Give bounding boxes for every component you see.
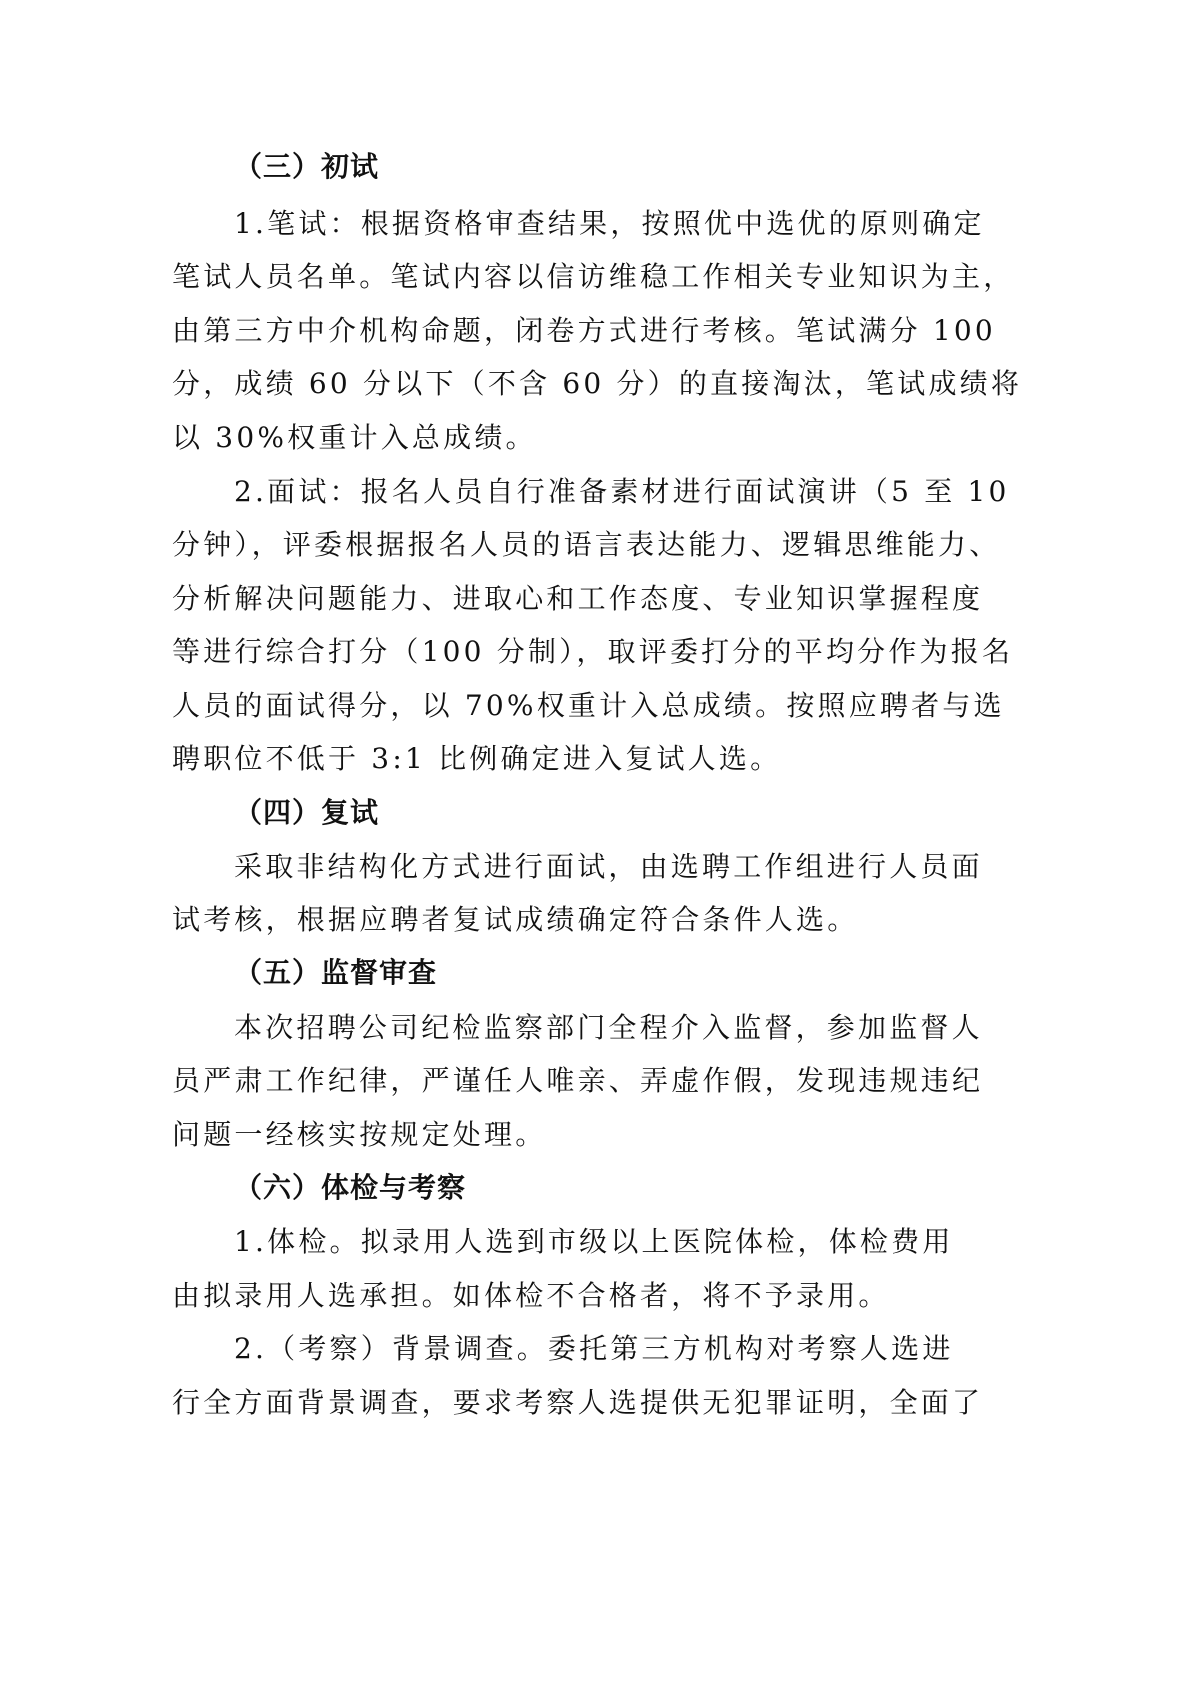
paragraph-background-check-line-1: 2.（考察）背景调查。委托第三方机构对考察人选进	[234, 1322, 948, 1375]
paragraph-supervision-line-3: 问题一经核实按规定处理。	[172, 1108, 948, 1161]
paragraph-supervision-line-2: 员严肃工作纪律，严谨任人唯亲、弄虚作假，发现违规违纪	[172, 1054, 948, 1107]
section-heading-supervision: （五）监督审查	[234, 946, 437, 999]
paragraph-supervision-line-1: 本次招聘公司纪检监察部门全程介入监督，参加监督人	[234, 1001, 948, 1054]
paragraph-written-exam-line-4: 分，成绩 60 分以下（不含 60 分）的直接淘汰，笔试成绩将	[172, 357, 948, 410]
paragraph-background-check-line-2: 行全方面背景调查，要求考察人选提供无犯罪证明，全面了	[172, 1376, 948, 1429]
section-heading-second-interview: （四）复试	[234, 786, 379, 839]
paragraph-second-interview-line-1: 采取非结构化方式进行面试，由选聘工作组进行人员面	[234, 840, 948, 893]
paragraph-medical-line-2: 由拟录用人选承担。如体检不合格者，将不予录用。	[172, 1269, 948, 1322]
section-heading-medical-and-review: （六）体检与考察	[234, 1161, 466, 1214]
section-heading-initial-exam: （三）初试	[234, 140, 379, 193]
paragraph-interview-line-2: 分钟），评委根据报名人员的语言表达能力、逻辑思维能力、	[172, 518, 948, 571]
paragraph-interview-line-1: 2.面试：报名人员自行准备素材进行面试演讲（5 至 10	[234, 465, 948, 518]
paragraph-written-exam-line-3: 由第三方中介机构命题，闭卷方式进行考核。笔试满分 100	[172, 304, 948, 357]
paragraph-written-exam-line-1: 1.笔试：根据资格审查结果，按照优中选优的原则确定	[234, 197, 948, 250]
paragraph-written-exam-line-2: 笔试人员名单。笔试内容以信访维稳工作相关专业知识为主，	[172, 250, 948, 303]
paragraph-interview-line-3: 分析解决问题能力、进取心和工作态度、专业知识掌握程度	[172, 572, 948, 625]
paragraph-interview-line-4: 等进行综合打分（100 分制），取评委打分的平均分作为报名	[172, 625, 948, 678]
paragraph-interview-line-5: 人员的面试得分，以 70%权重计入总成绩。按照应聘者与选	[172, 679, 948, 732]
paragraph-second-interview-line-2: 试考核，根据应聘者复试成绩确定符合条件人选。	[172, 893, 948, 946]
paragraph-medical-line-1: 1.体检。拟录用人选到市级以上医院体检，体检费用	[234, 1215, 948, 1268]
paragraph-written-exam-line-5: 以 30%权重计入总成绩。	[172, 411, 948, 464]
paragraph-interview-line-6: 聘职位不低于 3:1 比例确定进入复试人选。	[172, 732, 948, 785]
